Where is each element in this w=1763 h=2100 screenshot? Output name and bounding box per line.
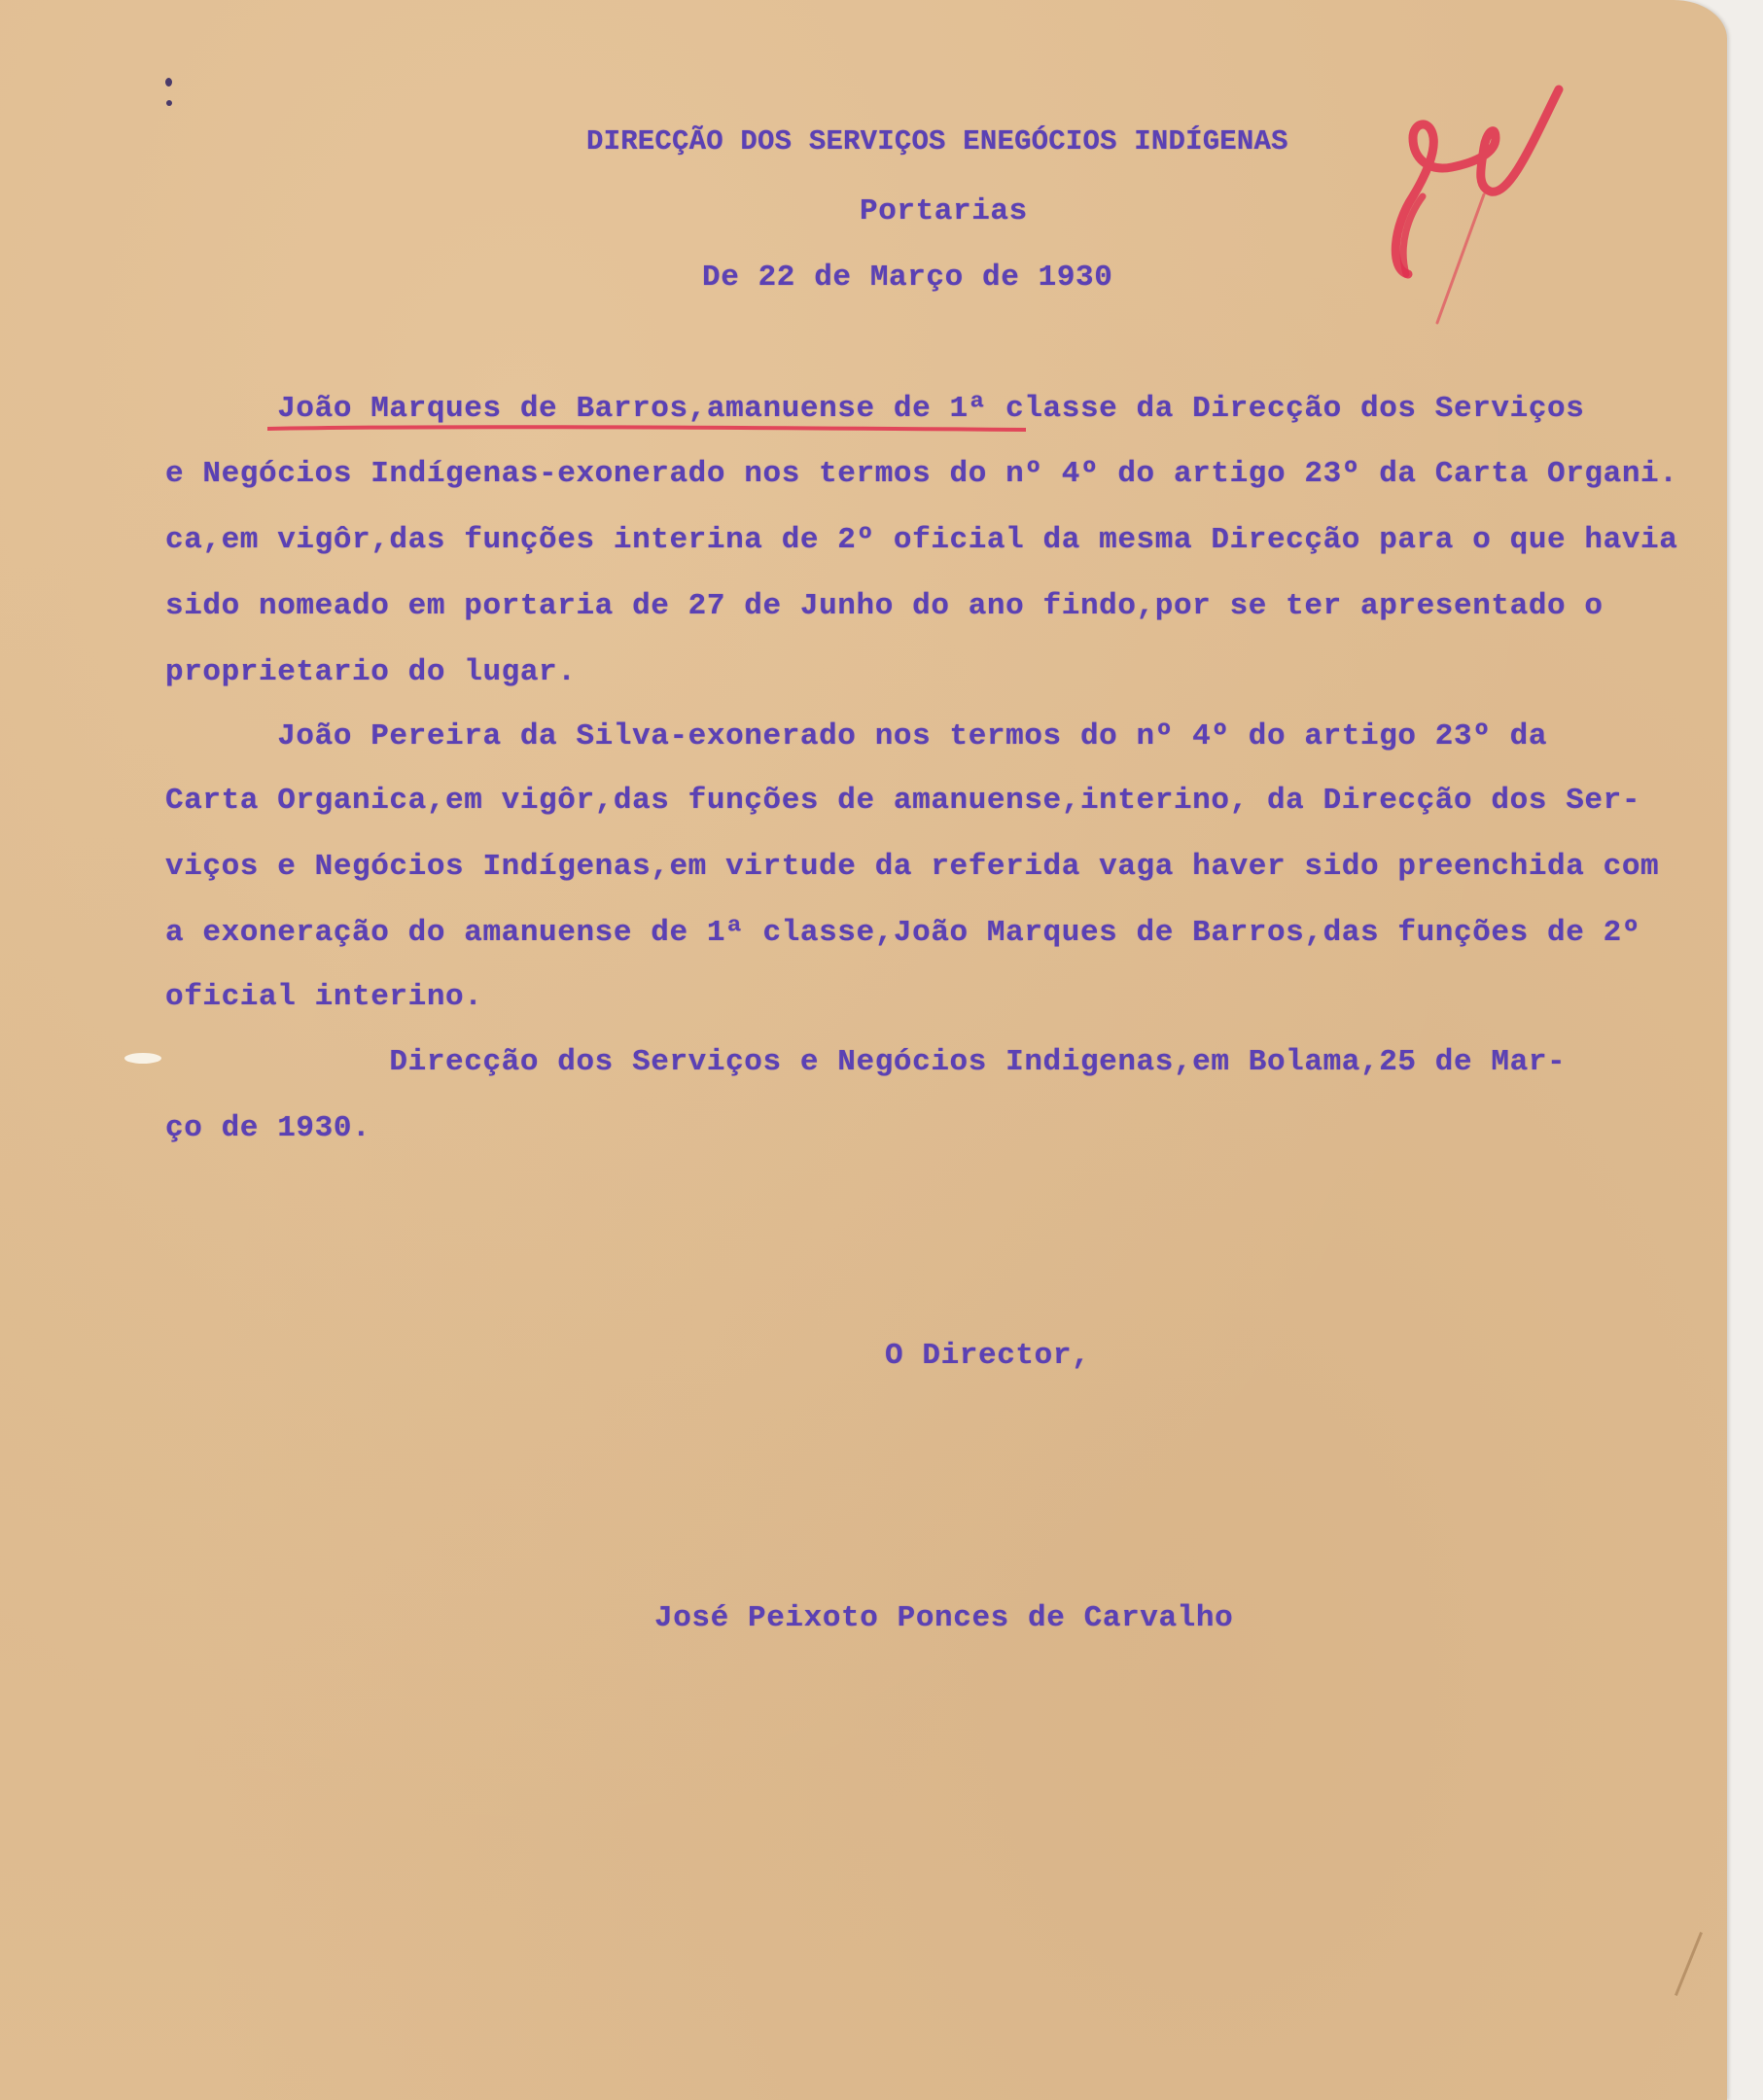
place-date-line: ço de 1930. <box>165 1111 370 1146</box>
paper-smudge <box>124 1053 161 1064</box>
ink-mark-dot <box>166 100 172 106</box>
body-line: João Pereira da Silva-exonerado nos term… <box>165 719 1547 754</box>
body-line: e Negócios Indígenas-exonerado nos termo… <box>165 457 1677 492</box>
document-page: DIRECÇÃO DOS SERVIÇOS ENEGÓCIOS INDÍGENA… <box>0 0 1727 2100</box>
body-line: sido nomeado em portaria de 27 de Junho … <box>165 589 1604 624</box>
body-line: a exoneração do amanuense de 1ª classe,J… <box>165 916 1640 951</box>
ink-mark-dot <box>165 78 172 87</box>
paper-crease <box>1675 1932 1703 1996</box>
document-title: DIRECÇÃO DOS SERVIÇOS ENEGÓCIOS INDÍGENA… <box>586 124 1288 159</box>
body-line: oficial interino. <box>165 980 482 1015</box>
body-line: João Marques de Barros,amanuense de 1ª c… <box>165 392 1584 427</box>
body-line: ca,em vigôr,das funções interina de 2º o… <box>165 523 1677 558</box>
signatory-name: José Peixoto Ponces de Carvalho <box>654 1601 1233 1636</box>
folio-number-mark <box>1369 80 1564 332</box>
document-date: De 22 de Março de 1930 <box>702 261 1112 296</box>
body-line: viços e Negócios Indígenas,em virtude da… <box>165 850 1659 885</box>
place-date-line: Direcção dos Serviços e Negócios Indigen… <box>165 1045 1566 1080</box>
body-line: Carta Organica,em vigôr,das funções de a… <box>165 784 1640 819</box>
body-line: proprietario do lugar. <box>165 655 576 690</box>
closing-role: O Director, <box>885 1339 1090 1374</box>
document-subtitle: Portarias <box>860 194 1028 229</box>
